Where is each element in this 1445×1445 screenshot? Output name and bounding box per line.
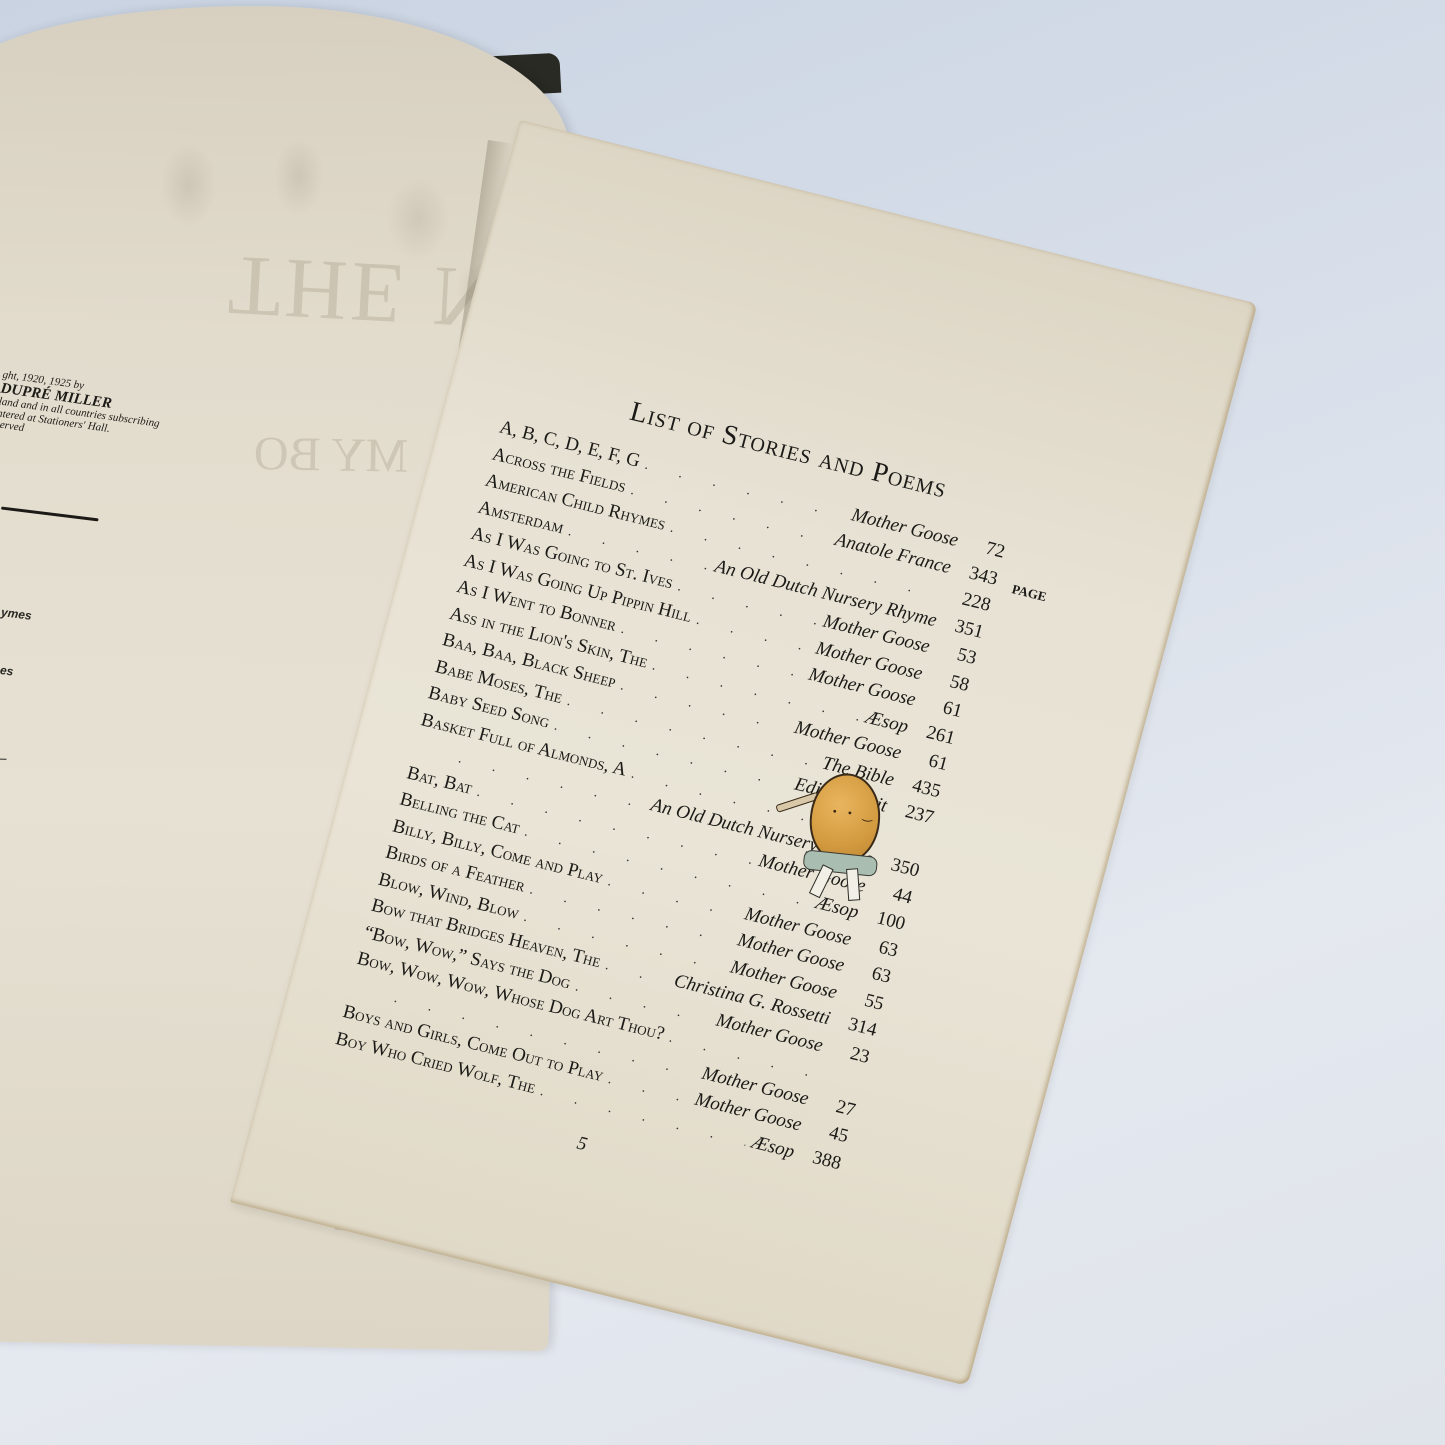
illustration-leg (846, 868, 860, 901)
entry-title (349, 990, 388, 1000)
text-fragment: ymes (0, 605, 32, 623)
text-fragment: es (0, 663, 14, 679)
entry-page (814, 1078, 861, 1090)
humpty-dumpty-illustration: • • ‿ (783, 762, 917, 914)
page-column-header: PAGE (1010, 581, 1048, 605)
table-of-contents: List of Stories and Poems PAGE A, B, C, … (322, 366, 1021, 1216)
dash-fragment (0, 759, 7, 760)
illustration-collar (802, 849, 878, 877)
copyright-notice: ght, 1920, 1925 by DUPRÉ MILLER land and… (0, 370, 164, 454)
entry-title (413, 751, 452, 761)
divider-rule (1, 507, 99, 522)
bleed-through-subtitle: MY BO (253, 426, 408, 484)
